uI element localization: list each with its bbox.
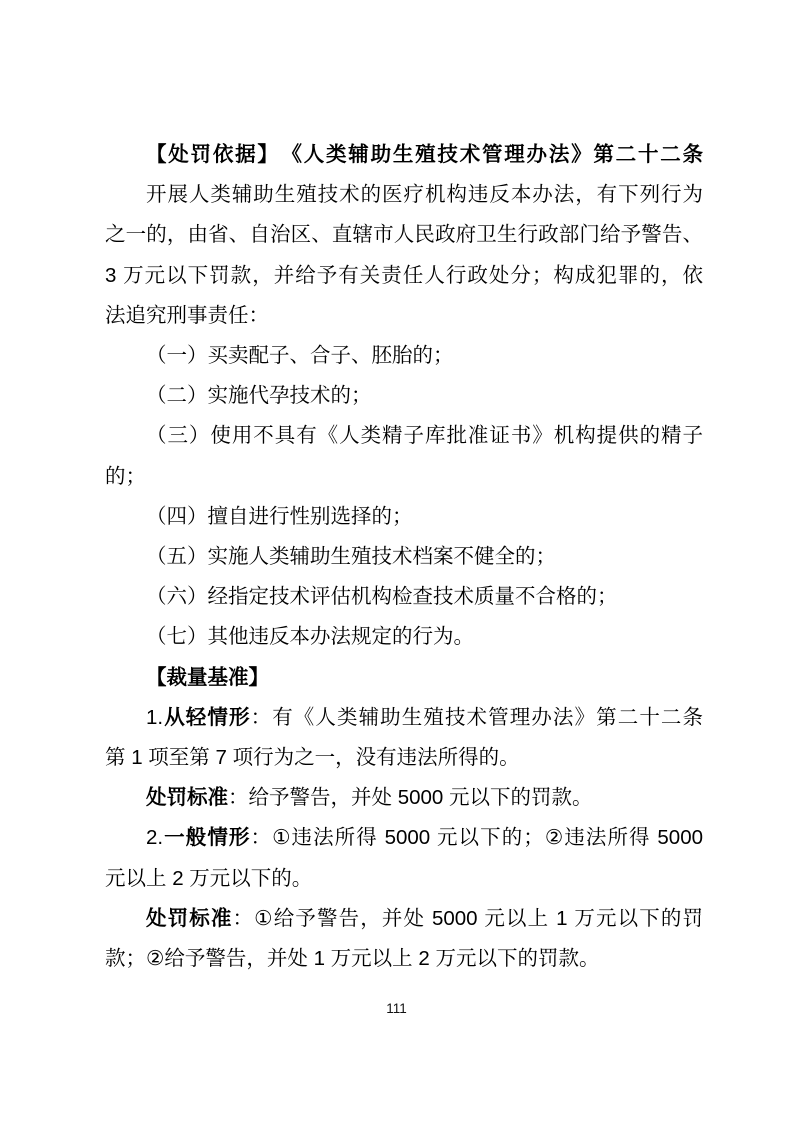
general-case-number: 2.	[146, 826, 163, 849]
lenient-case-number: 1.	[146, 706, 163, 729]
list-item-3-line-1: （三）使用不具有《人类精子库批准证书》机构提供的精子	[105, 416, 703, 456]
general-penalty-line-1: 处罚标准：①给予警告，并处 5000 元以上 1 万元以下的罚	[105, 899, 703, 939]
heading-discretion-basis: 【裁量基准】	[105, 658, 703, 698]
general-penalty-text: ：①给予警告，并处 5000 元以上 1 万元以下的罚	[233, 907, 703, 930]
list-item-3-line-2: 的；	[105, 457, 703, 497]
list-item-1: （一）买卖配子、合子、胚胎的；	[105, 336, 703, 376]
list-item-4: （四）擅自进行性别选择的；	[105, 497, 703, 537]
general-case-label: 一般情形	[163, 826, 250, 849]
list-item-7: （七）其他违反本办法规定的行为。	[105, 617, 703, 657]
heading-penalty-basis: 【处罚依据】 《人类辅助生殖技术管理办法》第二十二条	[105, 135, 703, 175]
general-case-line-2: 元以上 2 万元以下的。	[105, 859, 703, 899]
lenient-case-text: ：有《人类辅助生殖技术管理办法》第二十二条	[251, 706, 703, 729]
list-item-2: （二）实施代孕技术的；	[105, 376, 703, 416]
list-item-6: （六）经指定技术评估机构检查技术质量不合格的；	[105, 577, 703, 617]
general-penalty-line-2: 款；②给予警告，并处 1 万元以上 2 万元以下的罚款。	[105, 939, 703, 979]
intro-paragraph-line-3: 3 万元以下罚款，并给予有关责任人行政处分；构成犯罪的，依	[105, 256, 703, 296]
lenient-penalty-text: ：给予警告，并处 5000 元以下的罚款。	[228, 786, 593, 809]
lenient-penalty-label: 处罚标准	[146, 786, 228, 809]
general-case-text: ：①违法所得 5000 元以下的；②违法所得 5000	[251, 826, 704, 849]
intro-paragraph-line-1: 开展人类辅助生殖技术的医疗机构违反本办法，有下列行为	[105, 175, 703, 215]
text-column: 【处罚依据】 《人类辅助生殖技术管理办法》第二十二条 开展人类辅助生殖技术的医疗…	[105, 135, 703, 979]
list-item-5: （五）实施人类辅助生殖技术档案不健全的；	[105, 537, 703, 577]
document-page: 【处罚依据】 《人类辅助生殖技术管理办法》第二十二条 开展人类辅助生殖技术的医疗…	[0, 0, 793, 1122]
general-case-line-1: 2.一般情形：①违法所得 5000 元以下的；②违法所得 5000	[105, 818, 703, 858]
lenient-case-line-2: 第 1 项至第 7 项行为之一，没有违法所得的。	[105, 738, 703, 778]
lenient-penalty-line: 处罚标准：给予警告，并处 5000 元以下的罚款。	[105, 778, 703, 818]
general-penalty-label: 处罚标准	[146, 907, 233, 930]
intro-paragraph-line-4: 法追究刑事责任：	[105, 296, 703, 336]
page-number: 111	[0, 1001, 793, 1016]
lenient-case-label: 从轻情形	[163, 706, 250, 729]
lenient-case-line-1: 1.从轻情形：有《人类辅助生殖技术管理办法》第二十二条	[105, 698, 703, 738]
intro-paragraph-line-2: 之一的，由省、自治区、直辖市人民政府卫生行政部门给予警告、	[105, 215, 703, 255]
